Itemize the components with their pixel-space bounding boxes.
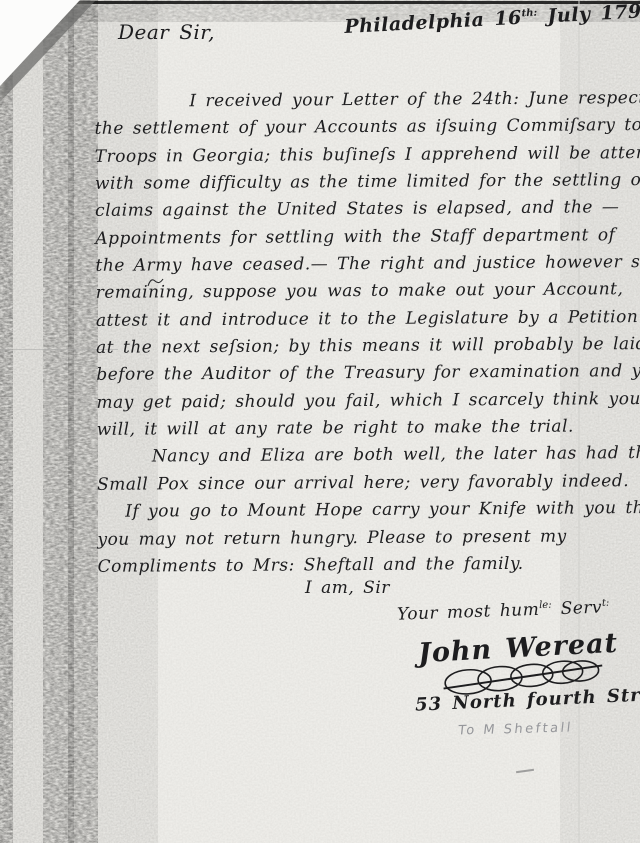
letter-line: Compliments to Mrs: Sheftall and the fam…	[98, 550, 630, 581]
dateline-rest: July 1791	[537, 0, 640, 28]
letter-line: you may not return hungry. Please to pre…	[97, 523, 629, 554]
letter-line: claims against the United States is elap…	[95, 195, 627, 226]
letter-line: with some difficulty as the time limited…	[95, 167, 627, 198]
letter-body: I received your Letter of the 24th: June…	[94, 85, 629, 581]
dateline-superscript: th:	[521, 8, 537, 20]
closing: I am, Sir	[305, 578, 390, 598]
letter-line: at the next seſsion; by this means it wi…	[96, 331, 628, 362]
ink-insertion-mark	[146, 276, 166, 288]
dateline: Philadelphia 16th: July 1791	[344, 0, 640, 38]
dateline-place-day: Philadelphia 16	[344, 7, 523, 38]
letter-line: Appointments for settling with the Staff…	[95, 222, 627, 253]
scan-top-edge	[48, 1, 640, 4]
valediction-part1: Your most hum	[397, 600, 540, 625]
letter-line: I received your Letter of the 24th: June…	[94, 85, 626, 116]
letter-line: Troops in Georgia; this buſineſs I appre…	[95, 140, 627, 171]
letter-line: remaining, suppose you was to make out y…	[96, 277, 628, 308]
letter-line: Nancy and Eliza are both well, the later…	[97, 441, 629, 472]
letter-line: If you go to Mount Hope carry your Knife…	[97, 495, 629, 526]
letter-line: before the Auditor of the Treasury for e…	[96, 359, 628, 390]
letter-line: attest it and introduce it to the Legisl…	[96, 304, 628, 335]
scanned-letter-page: Dear Sir, Philadelphia 16th: July 1791 I…	[0, 0, 640, 843]
stray-pencil-mark	[516, 769, 534, 773]
letter-line: the settlement of your Accounts as iſsui…	[94, 112, 626, 143]
letter-line: the Army have ceased.— The right and jus…	[95, 249, 627, 280]
valediction-superscript-2: t:	[602, 598, 610, 609]
letter-line: may get paid; should you fail, which I s…	[96, 386, 628, 417]
valediction-superscript-1: le:	[539, 600, 552, 611]
valediction-part2: Serv	[551, 598, 602, 620]
salutation: Dear Sir,	[118, 20, 215, 44]
letter-line: will, it will at any rate be right to ma…	[97, 413, 629, 444]
letter-line: Small Pox since our arrival here; very f…	[97, 468, 629, 499]
pencil-annotation: To M Sheftall	[457, 720, 573, 738]
